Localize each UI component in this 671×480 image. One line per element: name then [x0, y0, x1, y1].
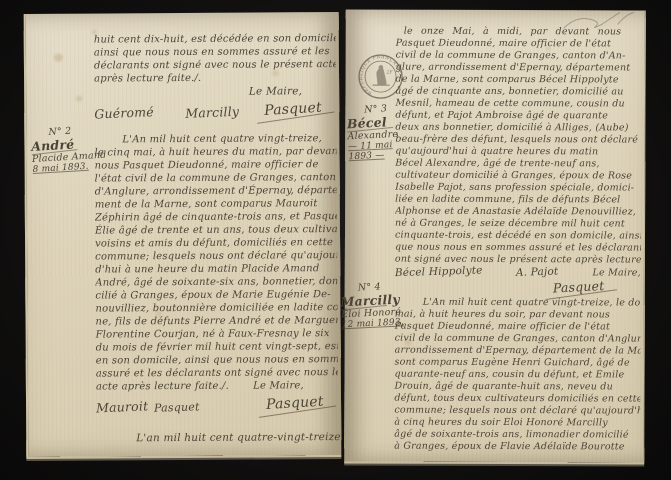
- handwritten-line: Mesnil, hameau de cette commune, cousin …: [395, 98, 641, 111]
- handwritten-line: quarante-neuf ans, cousin du défunt, et …: [394, 369, 640, 382]
- handwritten-line: qu'aujourd'hui à quatre heures du matin: [395, 146, 641, 159]
- act2-signatures: Mauroit Pasquet Pasquet: [96, 392, 338, 423]
- handwritten-line: sont comparus Eugène Henri Guichard, âgé…: [395, 357, 641, 370]
- witness-signature: Bécel Hippolyte: [395, 264, 483, 280]
- act3-paragraph: le onze Mai, à midi, par devant nousPasq…: [395, 26, 642, 267]
- handwritten-line: défunt, et Pajot Ambroise âgé de quarant…: [395, 110, 641, 123]
- mayor-signature: Pasquet: [266, 394, 324, 413]
- paper-stain: [54, 54, 63, 62]
- handwritten-line: commune; lesquels nous ont déclaré qu'au…: [394, 405, 640, 418]
- left-page-text-column: huit cent dix-huit, est décédée en son d…: [94, 32, 339, 444]
- handwritten-line: défunt, tous deux cultivateurs domicilié…: [394, 393, 640, 406]
- handwritten-line: beau-frère des défunt, lesquels nous ont…: [395, 134, 641, 147]
- handwritten-line: né à Granges, le seize décembre mil huit…: [395, 218, 641, 231]
- handwritten-line: Pasquet Dieudonné, maire officier de l'é…: [395, 321, 641, 334]
- handwritten-line: arrondissement d'Épernay, département de…: [395, 345, 641, 358]
- right-page-text-column: le onze Mai, à midi, par devant nousPasq…: [394, 26, 641, 454]
- act4-paragraph: L'An mil huit cent quatre vingt-treize, …: [394, 297, 641, 454]
- act2-closing-line: acte après lecture faite./. Le Maire,: [96, 379, 338, 393]
- handwritten-line: Isabelle Pajot, sans profession spéciale…: [395, 182, 641, 195]
- witness-signature: Guéromé: [94, 104, 154, 121]
- handwritten-line: L'An mil huit cent quatre vingt-treize, …: [395, 297, 641, 310]
- handwritten-line: âgé de soixante-trois ans, limonadier do…: [394, 429, 640, 442]
- handwritten-line: liée en ladite commune, fils de défunts …: [395, 194, 641, 207]
- handwritten-line: le onze Mai, à midi, par devant nous: [396, 26, 642, 39]
- handwritten-line: que nous nous en sommes assuré et les dé…: [395, 242, 641, 255]
- le-maire-label: Le Maire,: [253, 379, 338, 393]
- closing-text: acte après lecture faite./.: [96, 380, 229, 394]
- mayor-signature: Pasquet: [553, 278, 605, 296]
- register-right-page: RÉPUBLIQUE FRANÇAISE · 2F N° 3 Bécel Ale…: [344, 9, 646, 462]
- handwritten-line: Bécel Alexandre, âgé de trente-neuf ans,: [395, 158, 641, 171]
- handwritten-line: glure, arrondissement d'Épernay, départe…: [396, 62, 642, 75]
- act3-mayor-signature-line: Pasquet: [395, 279, 641, 296]
- witness-signature: A. Pajot: [516, 265, 559, 279]
- handwritten-line: cultivateur domicilié à Granges, époux d…: [395, 170, 641, 183]
- stamp-value-text: 2F: [386, 71, 394, 76]
- witness-signature: Pasquet: [153, 400, 199, 414]
- handwritten-line: âgé de cinquante ans, bonnetier, domicil…: [395, 86, 641, 99]
- handwritten-line: civil de la commune de Granges, canton d…: [396, 50, 642, 63]
- handwritten-line: de la Marne, sont comparus Bécel Hippoly…: [396, 74, 642, 87]
- handwritten-line: à Granges, époux de Flavie Adélaïde Bour…: [394, 441, 640, 454]
- handwritten-line: Alphonse et de Anastasie Adélaïde Denouv…: [395, 206, 641, 219]
- act2-paragraph: L'An mil huit cent quatre vingt-treize,l…: [94, 132, 338, 380]
- handwritten-line: déclarants ont signé avec nous le présen…: [94, 58, 336, 72]
- handwritten-line: civil de la commune de Granges, canton d…: [395, 333, 641, 346]
- le-maire-label: Le Maire,: [249, 84, 302, 98]
- act1-signatures: Guéromé Marcilly Pasquet: [94, 98, 336, 129]
- act3-opening-line: L'an mil huit cent quatre-vingt-treize: [96, 422, 338, 444]
- witness-signature: Mauroit: [96, 398, 149, 415]
- handwritten-line: deux ans bonnetier, domicilié à Alliges,…: [395, 122, 641, 135]
- handwritten-line: ont signé avec nous le présent acte aprè…: [395, 254, 641, 267]
- handwritten-line: Pasquet Dieudonné, maire officier de l'é…: [396, 38, 642, 51]
- register-left-page: N° 2 André Placide Amand 8 mai 1893. hui…: [24, 12, 342, 457]
- handwritten-line: Drouin, âgé de quarante-huit ans, neveu …: [394, 381, 640, 394]
- act1-le-maire-line: Le Maire,: [94, 84, 336, 99]
- mayor-signature: Pasquet: [264, 100, 322, 119]
- handwritten-line: cinquante-trois, est décédé en son domic…: [395, 230, 641, 243]
- handwritten-line: à cinq heures du soir Éloi Honoré Marcil…: [394, 417, 640, 430]
- witness-signature: Marcilly: [185, 104, 239, 121]
- act1-ending-paragraph: huit cent dix-huit, est décédée en son d…: [94, 32, 336, 85]
- paper-stain: [76, 96, 82, 102]
- handwritten-line: mai, à huit heures du soir, par devant n…: [395, 309, 641, 322]
